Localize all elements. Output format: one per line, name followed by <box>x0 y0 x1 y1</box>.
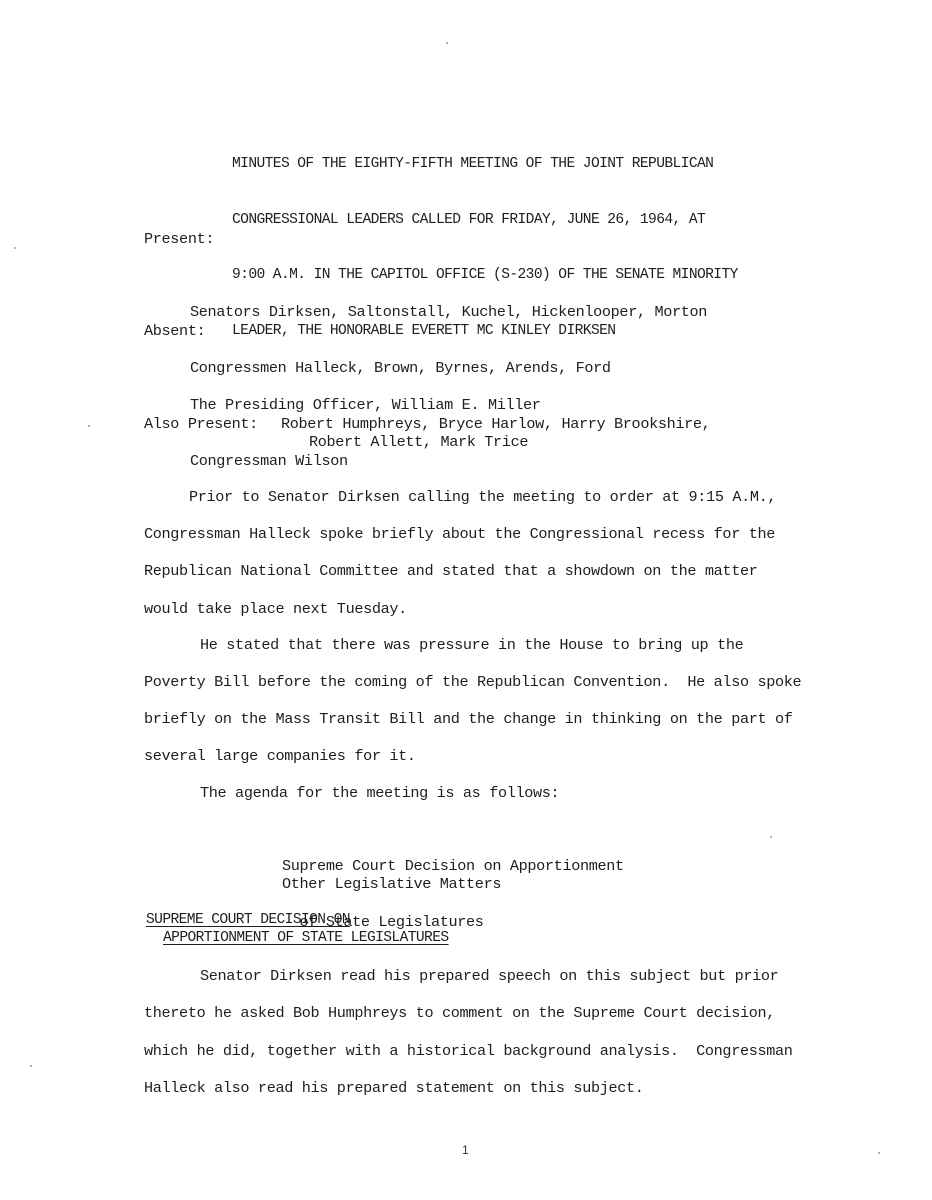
title-line: CONGRESSIONAL LEADERS CALLED FOR FRIDAY,… <box>232 211 738 230</box>
absent-line: Congressman Wilson <box>190 452 541 471</box>
present-label: Present: <box>144 230 214 248</box>
scan-speck <box>30 1065 32 1067</box>
scan-speck <box>88 425 90 427</box>
present-senators: Senators Dirksen, Saltonstall, Kuchel, H… <box>190 303 707 322</box>
scan-speck <box>446 42 448 44</box>
paragraph-line: would take place next Tuesday. <box>144 600 407 618</box>
absent-label: Absent: <box>144 322 205 340</box>
paragraph-line: Poverty Bill before the coming of the Re… <box>144 673 801 691</box>
also-present-line-1: Robert Humphreys, Bryce Harlow, Harry Br… <box>281 415 710 433</box>
also-present-label: Also Present: <box>144 415 258 433</box>
title-line: MINUTES OF THE EIGHTY-FIFTH MEETING OF T… <box>232 155 738 174</box>
paragraph-line: Senator Dirksen read his prepared speech… <box>200 967 778 985</box>
scan-speck <box>770 836 772 838</box>
paragraph-line: Republican National Committee and stated… <box>144 562 757 580</box>
also-present-line-2: Robert Allett, Mark Trice <box>309 433 528 451</box>
paragraph-line: several large companies for it. <box>144 747 416 765</box>
paragraph-line: Congressman Halleck spoke briefly about … <box>144 525 775 543</box>
scan-speck <box>878 1152 880 1154</box>
agenda-item-line: Supreme Court Decision on Apportionment <box>282 857 624 876</box>
agenda-intro: The agenda for the meeting is as follows… <box>200 784 559 802</box>
scan-speck <box>14 247 16 249</box>
paragraph-line: Halleck also read his prepared statement… <box>144 1079 644 1097</box>
section-heading-line-1: SUPREME COURT DECISION ON <box>146 912 350 928</box>
agenda-item-other: Other Legislative Matters <box>282 875 501 893</box>
section-heading-line-2: APPORTIONMENT OF STATE LEGISLATURES <box>163 930 449 946</box>
document-page: MINUTES OF THE EIGHTY-FIFTH MEETING OF T… <box>0 0 932 1200</box>
paragraph-line: thereto he asked Bob Humphreys to commen… <box>144 1004 775 1022</box>
page-number: 1 <box>462 1143 469 1157</box>
paragraph-line: which he did, together with a historical… <box>144 1042 793 1060</box>
paragraph-line: briefly on the Mass Transit Bill and the… <box>144 710 793 728</box>
absent-line: The Presiding Officer, William E. Miller <box>190 396 541 415</box>
paragraph-line: He stated that there was pressure in the… <box>200 636 743 654</box>
paragraph-line: Prior to Senator Dirksen calling the mee… <box>189 488 776 506</box>
